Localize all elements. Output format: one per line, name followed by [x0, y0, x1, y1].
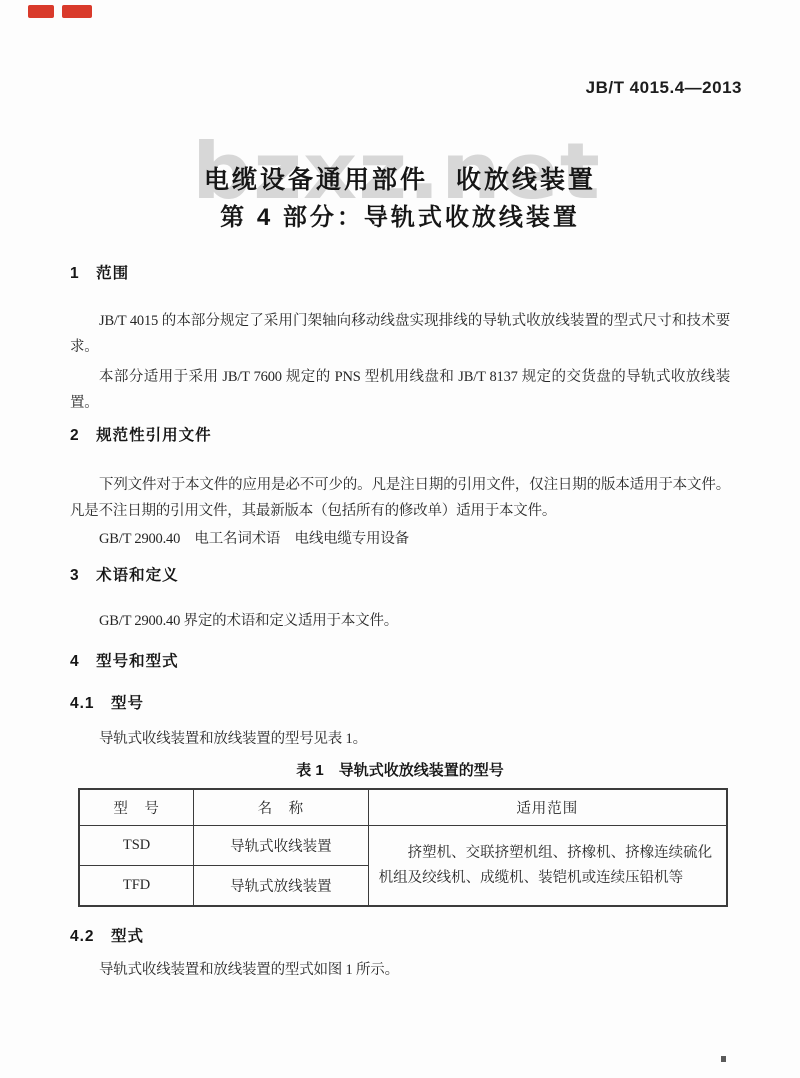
section-1-heading: 1 范围	[70, 264, 730, 284]
table-row: TSD 导轨式收线装置 挤塑机、交联挤塑机组、挤橡机、挤橡连续硫化机组及绞线机、…	[79, 826, 727, 866]
section-1-paragraph-1: JB/T 4015 的本部分规定了采用门架轴向移动线盘实现排线的导轨式收放线装置…	[70, 308, 730, 360]
cell-name-tfd: 导轨式放线装置	[194, 866, 368, 907]
document-title-line2: 第 4 部分：导轨式收放线装置	[0, 200, 800, 236]
red-stamp-mark-2	[62, 5, 92, 18]
section-4-heading: 4 型号和型式	[70, 652, 730, 672]
table-header-scope: 适用范围	[368, 789, 727, 826]
cell-model-tsd: TSD	[79, 826, 194, 866]
scan-speck	[721, 1056, 726, 1062]
standard-number: JB/T 4015.4—2013	[0, 0, 800, 98]
table-1-models: 型 号 名 称 适用范围 TSD 导轨式收线装置 挤塑机、交联挤塑机组、挤橡机、…	[78, 788, 728, 907]
document-title-line1: 电缆设备通用部件 收放线装置	[0, 162, 800, 198]
red-stamp-mark-1	[28, 5, 54, 18]
document-page: JB/T 4015.4—2013 bzxz.net 电缆设备通用部件 收放线装置…	[0, 0, 800, 1078]
section-4-2-heading: 4.2 型式	[70, 927, 730, 947]
section-3-heading: 3 术语和定义	[70, 566, 730, 586]
section-2-heading: 2 规范性引用文件	[70, 426, 730, 446]
section-1-paragraph-2: 本部分适用于采用 JB/T 7600 规定的 PNS 型机用线盘和 JB/T 8…	[70, 364, 730, 416]
cell-scope-merged: 挤塑机、交联挤塑机组、挤橡机、挤橡连续硫化机组及绞线机、成缆机、装铠机或连续压铅…	[368, 826, 727, 907]
cell-model-tfd: TFD	[79, 866, 194, 907]
section-3-paragraph-1: GB/T 2900.40 界定的术语和定义适用于本文件。	[70, 608, 730, 634]
section-4-1-paragraph-1: 导轨式收线装置和放线装置的型号见表 1。	[70, 726, 730, 752]
section-2-reference-1: GB/T 2900.40 电工名词术语 电线电缆专用设备	[70, 526, 730, 552]
table-1-caption: 表 1 导轨式收放线装置的型号	[70, 760, 730, 782]
section-4-2-paragraph-1: 导轨式收线装置和放线装置的型式如图 1 所示。	[70, 957, 730, 983]
cell-name-tsd: 导轨式收线装置	[194, 826, 368, 866]
section-4-1-heading: 4.1 型号	[70, 694, 730, 714]
table-header-model: 型 号	[79, 789, 194, 826]
table-header-row: 型 号 名 称 适用范围	[79, 789, 727, 826]
section-2-paragraph-1: 下列文件对于本文件的应用是必不可少的。凡是注日期的引用文件，仅注日期的版本适用于…	[70, 472, 730, 524]
table-header-name: 名 称	[194, 789, 368, 826]
